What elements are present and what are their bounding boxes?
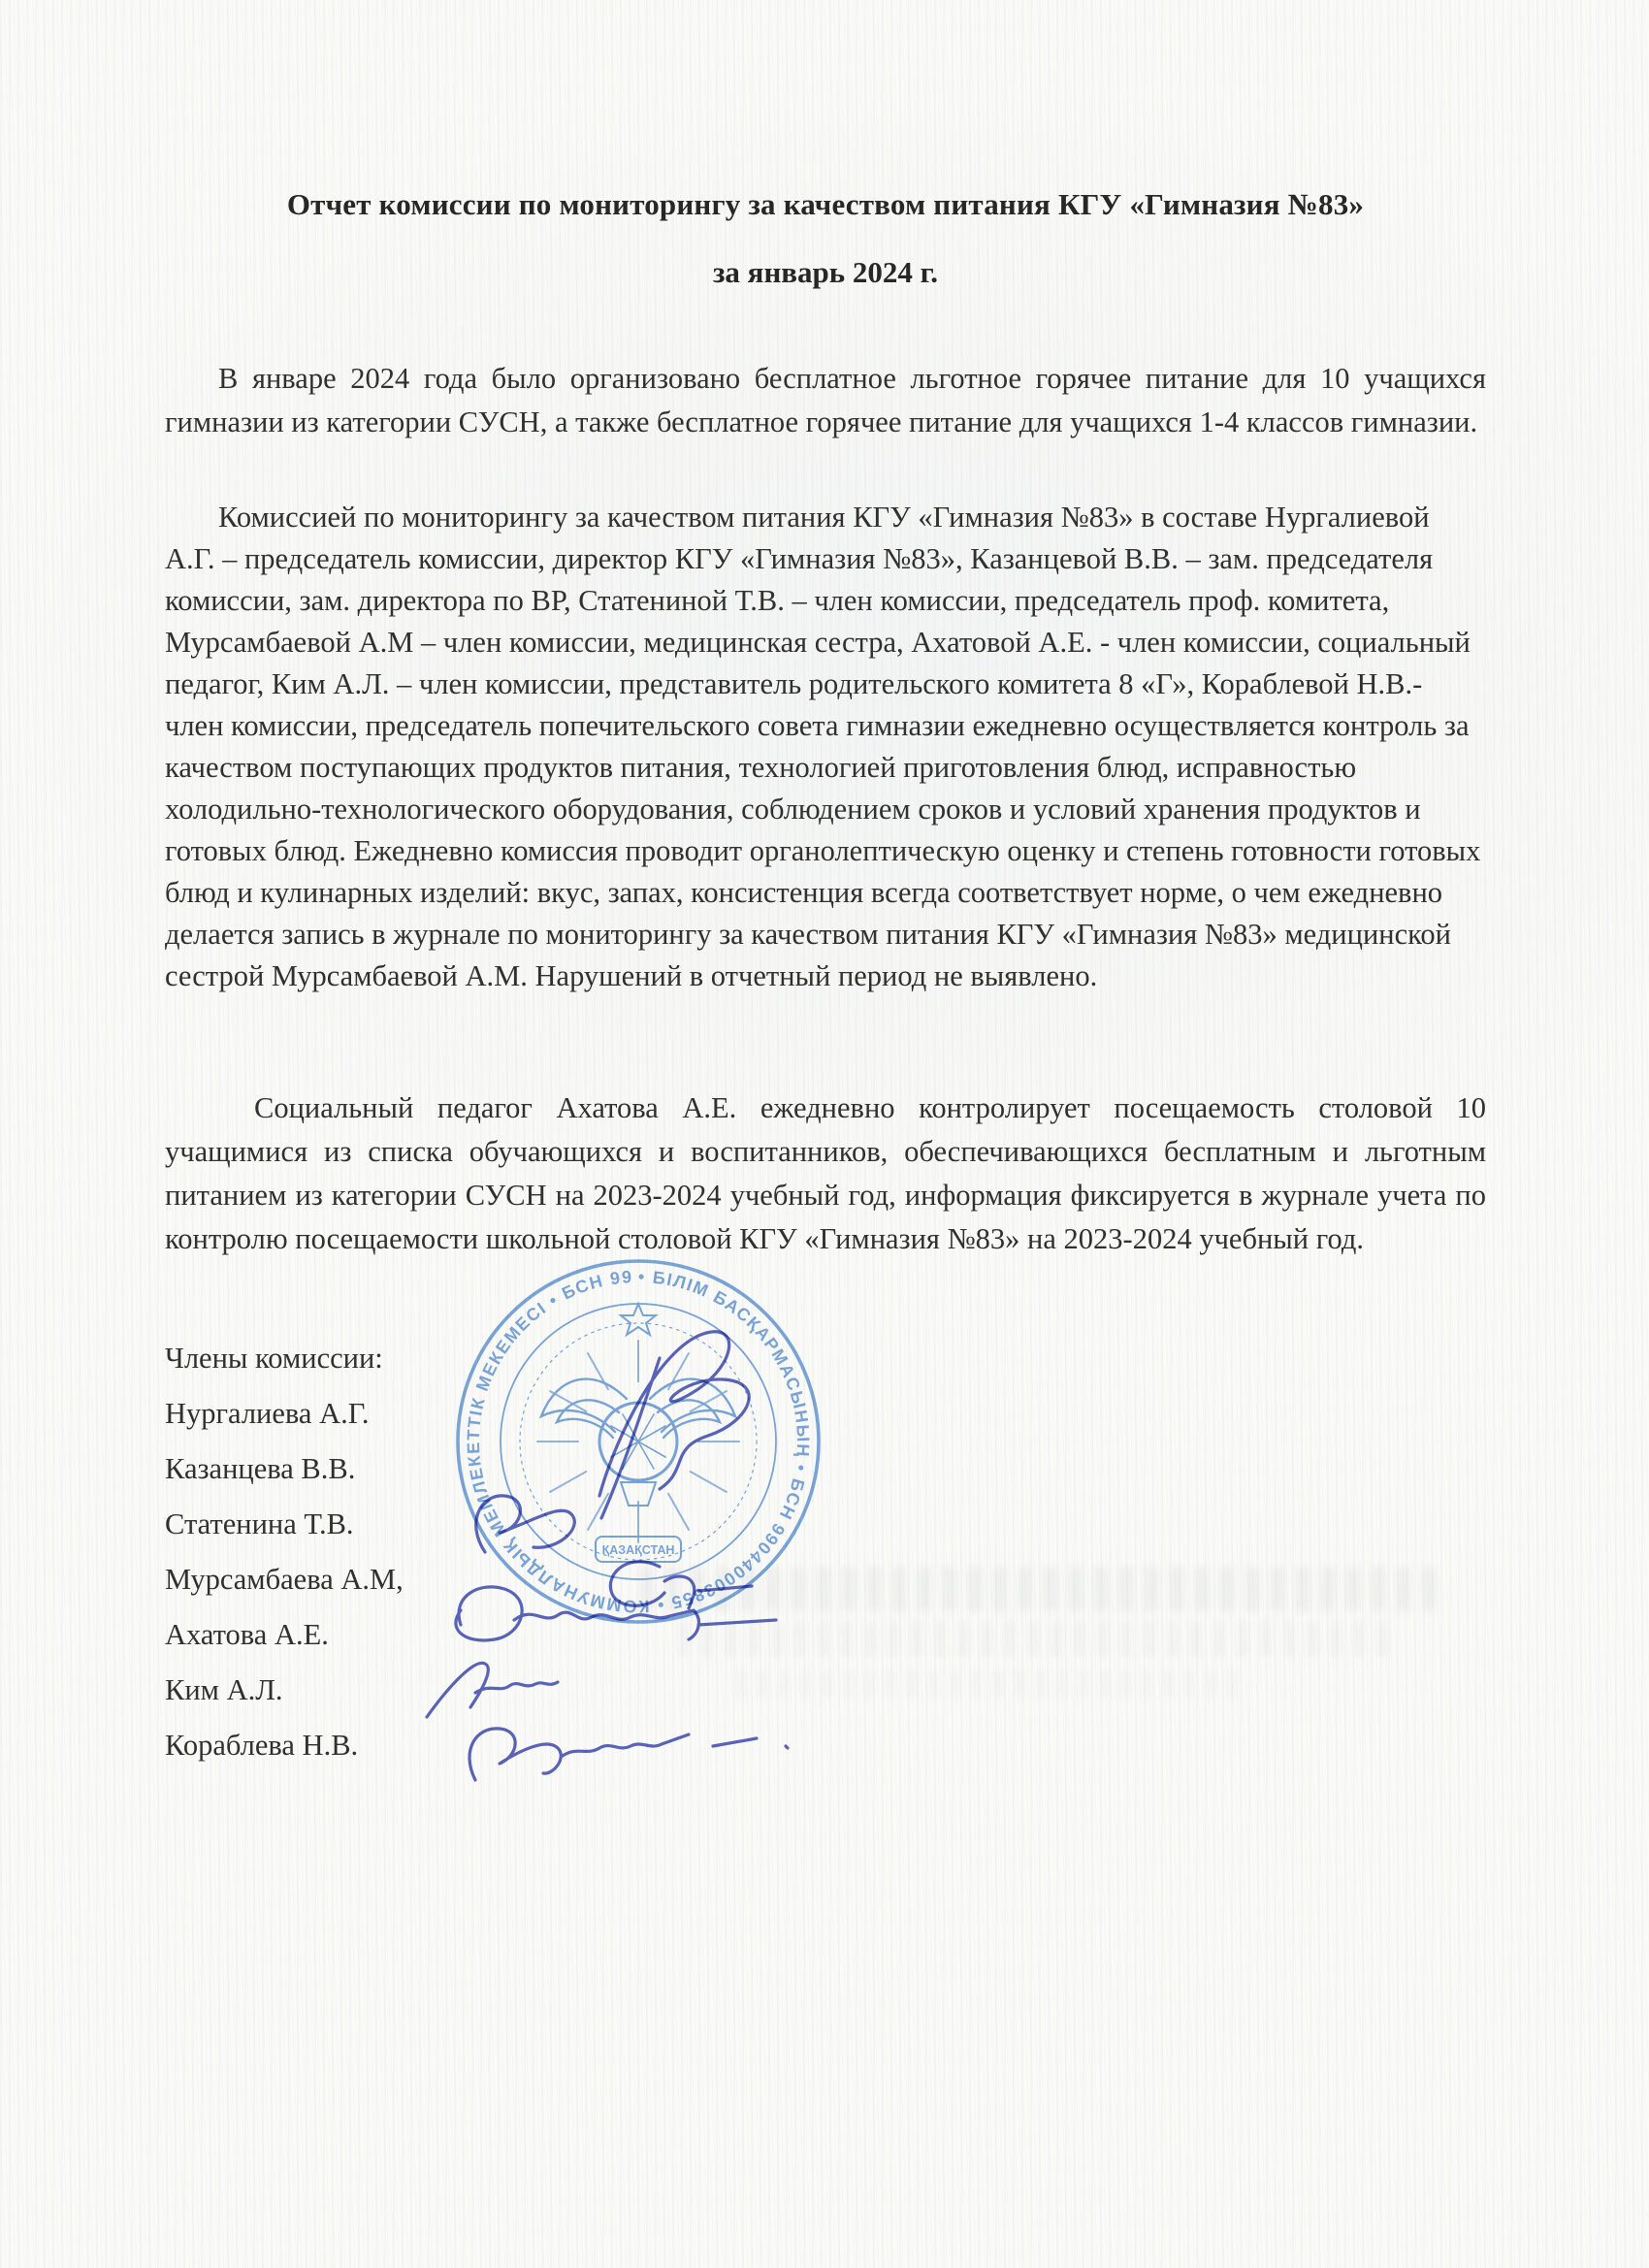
signatures-overlay — [369, 1290, 921, 1804]
signature-korableva — [469, 1729, 788, 1780]
paragraph-free-meals: В январе 2024 года было организовано бес… — [165, 357, 1486, 444]
paragraph-commission-monitoring: Комиссией по мониторингу за качеством пи… — [165, 497, 1486, 997]
signature-statenina — [610, 1562, 752, 1608]
signature-kazantseva — [476, 1496, 575, 1552]
signature-akhatova — [514, 1610, 776, 1639]
document-page: Отчет комиссии по мониторингу за качеств… — [0, 0, 1649, 2268]
document-subtitle: за январь 2024 г. — [165, 255, 1486, 290]
document-title: Отчет комиссии по мониторингу за качеств… — [165, 187, 1486, 222]
signature-kim — [427, 1663, 558, 1717]
signature-mursambaeva — [456, 1587, 522, 1640]
signature-nurgalieva — [601, 1358, 660, 1518]
paragraph-social-pedagogue: Социальный педагог Ахатова А.Е. ежедневн… — [165, 1086, 1486, 1261]
